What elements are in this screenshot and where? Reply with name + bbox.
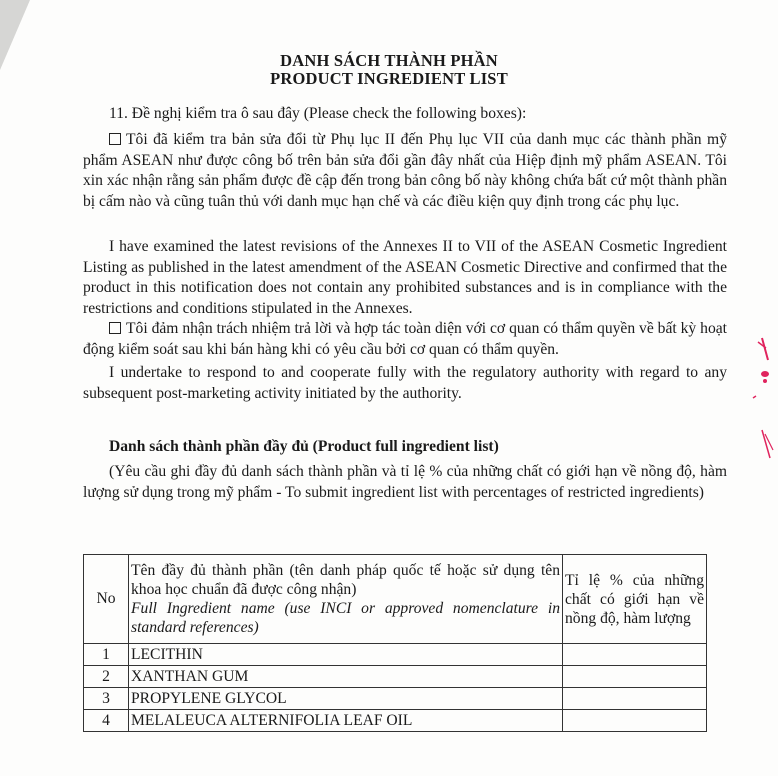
row-percent	[563, 688, 707, 710]
title-vi: DANH SÁCH THÀNH PHẦN	[0, 51, 778, 71]
row-no: 3	[84, 688, 129, 710]
table-row: 1 LECITHIN	[84, 644, 707, 666]
stamp-fragment-icon	[748, 330, 778, 480]
row-ingredient-name: PROPYLENE GLYCOL	[129, 688, 563, 710]
title-en: PRODUCT INGREDIENT LIST	[0, 69, 778, 89]
full-list-instruction: (Yêu cầu ghi đầy đủ danh sách thành phần…	[83, 462, 727, 503]
row-ingredient-name: MELALEUCA ALTERNIFOLIA LEAF OIL	[129, 710, 563, 732]
checkbox-2-text-vi: Tôi đảm nhận trách nhiệm trả lời và hợp …	[83, 320, 727, 358]
checkbox-1-en-paragraph: I have examined the latest revisions of …	[83, 237, 727, 319]
table-row: 4 MELALEUCA ALTERNIFOLIA LEAF OIL	[84, 710, 707, 732]
row-percent	[563, 710, 707, 732]
document-page: DANH SÁCH THÀNH PHẦN PRODUCT INGREDIENT …	[0, 0, 778, 776]
row-no: 4	[84, 710, 129, 732]
header-no: No	[84, 555, 129, 644]
row-ingredient-name: XANTHAN GUM	[129, 666, 563, 688]
row-percent	[563, 666, 707, 688]
checkbox-2-vi-paragraph: Tôi đảm nhận trách nhiệm trả lời và hợp …	[83, 319, 727, 360]
header-name-en: Full Ingredient name (use INCI or approv…	[131, 599, 560, 637]
row-percent	[563, 644, 707, 666]
checkbox-1-text-vi: Tôi đã kiểm tra bản sửa đổi từ Phụ lục I…	[83, 131, 727, 210]
checkbox-2[interactable]	[109, 322, 121, 334]
section-11-heading: 11. Đề nghị kiểm tra ô sau đây (Please c…	[83, 104, 727, 125]
row-no: 1	[84, 644, 129, 666]
checkbox-2-en-paragraph: I undertake to respond to and cooperate …	[83, 363, 727, 404]
header-ingredient-name: Tên đầy đủ thành phần (tên danh pháp quố…	[129, 555, 563, 644]
table-header-row: No Tên đầy đủ thành phần (tên danh pháp …	[84, 555, 707, 644]
full-list-heading: Danh sách thành phần đầy đủ (Product ful…	[83, 437, 727, 458]
row-no: 2	[84, 666, 129, 688]
ingredient-table: No Tên đầy đủ thành phần (tên danh pháp …	[83, 554, 707, 732]
table-row: 3 PROPYLENE GLYCOL	[84, 688, 707, 710]
checkbox-1-vi-paragraph: Tôi đã kiểm tra bản sửa đổi từ Phụ lục I…	[83, 130, 727, 212]
table-row: 2 XANTHAN GUM	[84, 666, 707, 688]
checkbox-1[interactable]	[109, 133, 121, 145]
header-name-vi: Tên đầy đủ thành phần (tên danh pháp quố…	[131, 561, 560, 599]
header-percent-text: Tỉ lệ % của những chất có giới hạn về nồ…	[565, 571, 704, 628]
row-ingredient-name: LECITHIN	[129, 644, 563, 666]
header-percent: Tỉ lệ % của những chất có giới hạn về nồ…	[563, 555, 707, 644]
